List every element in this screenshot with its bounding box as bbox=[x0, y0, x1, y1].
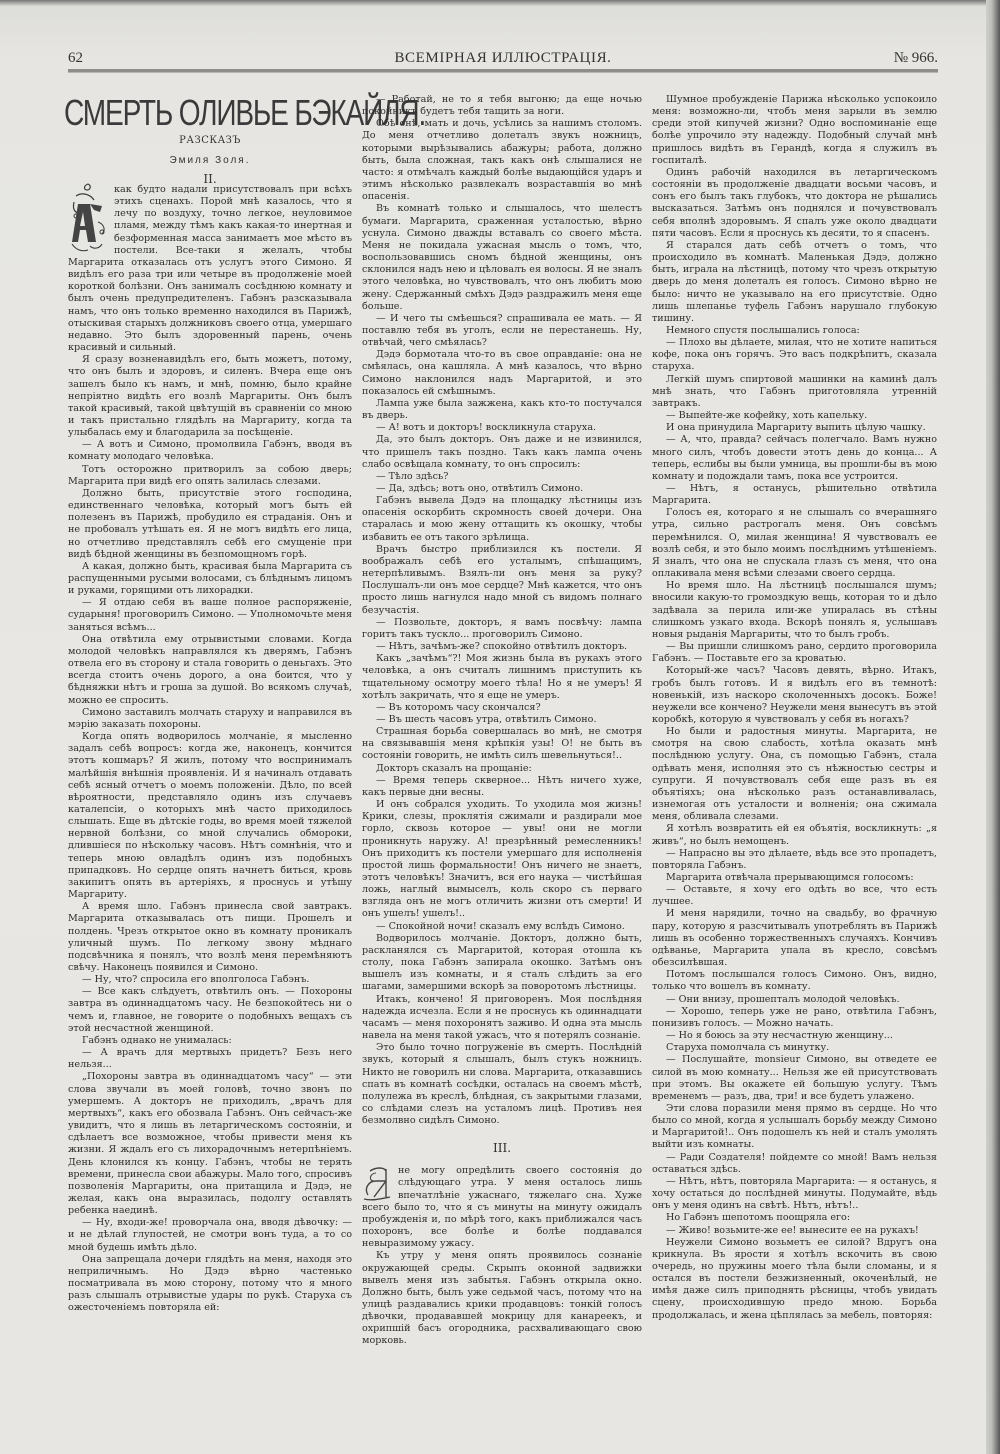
paragraph: Лампа уже была зажжена, какъ кто-то пост… bbox=[362, 398, 642, 422]
paragraph: Врачъ быстро приблизился къ постели. Я в… bbox=[362, 544, 642, 617]
paragraph: Дэдэ бормотала что-то въ свое оправданіе… bbox=[362, 349, 642, 398]
paragraph: А время шло. Габэнъ принесла свой завтра… bbox=[68, 901, 352, 974]
paragraph: — Нѣтъ, я останусь, рѣшительно отвѣтила … bbox=[652, 483, 937, 507]
paragraph: Я хотѣлъ возвратить ей ея объятія, воскл… bbox=[652, 823, 937, 847]
paragraph: Неужели Симоно возьметъ ее силой? Вдругъ… bbox=[652, 1237, 937, 1322]
paragraph: Я старался дать себѣ отчетъ о томъ, что … bbox=[652, 240, 937, 325]
column-2: — Работай, не то я тебя выгоню; да еще н… bbox=[362, 94, 642, 1348]
paragraph: — Тѣло здѣсь? bbox=[362, 471, 642, 483]
part-iii-heading: III. bbox=[362, 1135, 642, 1161]
paragraph: Она отвѣтила ему отрывистыми словами. Ко… bbox=[68, 634, 352, 707]
paragraph: Водворилось молчаніе. Докторъ, должно бы… bbox=[362, 933, 642, 994]
header-rule bbox=[68, 69, 938, 73]
paragraph: Голосъ ея, котораго я не слышалъ со вчер… bbox=[652, 507, 937, 580]
paragraph: Это было точно погруженіе въ смерть. Пос… bbox=[362, 1042, 642, 1127]
article-author: Эмиля Золя. bbox=[68, 155, 352, 166]
paragraph: Немного спустя послышались голоса: bbox=[652, 325, 937, 337]
paragraph: — Нѣтъ, зачѣмъ-же? спокойно отвѣтилъ док… bbox=[362, 641, 642, 653]
paragraph: — Живо! возьмите-же ее! вынесите ее на р… bbox=[652, 1225, 937, 1237]
paragraph: Маргарита отвѣчала прерывающимся голосом… bbox=[652, 872, 937, 884]
paragraph: — Они внизу, прошепталъ молодой человѣкъ… bbox=[652, 994, 937, 1006]
paragraph: — А! вотъ и докторъ! воскликнула старуха… bbox=[362, 422, 642, 434]
paragraph: Который-же часъ? Часовъ девять, вѣрно. И… bbox=[652, 665, 937, 726]
paragraph: „Похороны завтра въ одиннадцатомъ часу“ … bbox=[68, 1071, 352, 1217]
paragraph: Габэнъ вывела Дэдэ на площадку лѣстницы … bbox=[362, 495, 642, 544]
paragraph: — Да, здѣсь; вотъ оно, отвѣтилъ Симоно. bbox=[362, 483, 642, 495]
paragraph: — Хорошо, теперь уже не рано, отвѣтила Г… bbox=[652, 1006, 937, 1030]
paragraph: — Вы пришли слишкомъ рано, сердито прого… bbox=[652, 641, 937, 665]
paragraph: Старуха помолчала съ минутку. bbox=[652, 1042, 937, 1054]
paragraph: Потомъ послышался голосъ Симоно. Онъ, ви… bbox=[652, 969, 937, 993]
masthead: ВСЕМIРНАЯ ИЛЛЮСТРАЦIЯ. bbox=[68, 50, 938, 67]
article-title: СМЕРТЬ ОЛИВЬЕ БЭКАЙЛЯ. bbox=[64, 92, 360, 134]
paragraph: А какая, должно быть, красивая была Марг… bbox=[68, 561, 352, 597]
paragraph: Страшная борьба совершалась во мнѣ, не с… bbox=[362, 726, 642, 762]
paragraph: — Я отдаю себя въ ваше полное распоряжен… bbox=[68, 597, 352, 633]
paragraph: Тотъ осторожно притворилъ за собою дверь… bbox=[68, 464, 352, 488]
paragraph: И она принудила Маргариту выпить цѣлую ч… bbox=[652, 422, 937, 434]
ornamental-dropcap-icon bbox=[68, 182, 108, 256]
paragraph: Шумное пробужденіе Парижа нѣсколько успо… bbox=[652, 94, 937, 167]
paragraph: Она запрещала дочери глядѣть на меня, на… bbox=[68, 1254, 352, 1315]
paragraph: — И чего ты смѣешься? спрашивала ее мать… bbox=[362, 313, 642, 349]
paragraph: как будто надали присутствовалъ при всѣх… bbox=[68, 184, 352, 354]
paragraph: И меня нарядили, точно на свадьбу, во фр… bbox=[652, 908, 937, 969]
paragraph: Когда опять водворилось молчаніе, я мысл… bbox=[68, 731, 352, 901]
paragraph: — Время теперь скверное... Нѣтъ ничего х… bbox=[362, 775, 642, 799]
paragraph: И онъ собрался уходить. То уходила моя ж… bbox=[362, 799, 642, 921]
paragraph: — Плохо вы дѣлаете, милая, что не хотите… bbox=[652, 337, 937, 373]
paragraph: Должно быть, присутствіе этого господина… bbox=[68, 488, 352, 561]
paragraph: Эти слова поразили меня прямо въ сердце.… bbox=[652, 1103, 937, 1152]
paragraph: Легкій шумъ спиртовой машинки на каминѣ … bbox=[652, 374, 937, 410]
paragraph: — А, что, правда? сейчасъ полегчало. Вам… bbox=[652, 434, 937, 483]
paragraph: — А врачъ для мертвыхъ придетъ? Безъ нег… bbox=[68, 1047, 352, 1071]
paragraph: — Спокойной ночи! сказалъ ему вслѣдъ Сим… bbox=[362, 921, 642, 933]
paragraph: — Въ которомъ часу скончался? bbox=[362, 702, 642, 714]
column-1: как будто надали присутствовалъ при всѣх… bbox=[68, 184, 352, 1315]
page-header: 62 ВСЕМIРНАЯ ИЛЛЮСТРАЦIЯ. № 966. bbox=[68, 50, 938, 68]
paragraph: — А вотъ и Симоно, промолвила Габэнъ, вв… bbox=[68, 439, 352, 463]
paragraph: — Позвольте, докторъ, я вамъ посвѣчу: ла… bbox=[362, 617, 642, 641]
ornamental-dropcap-icon bbox=[362, 1165, 394, 1201]
paragraph: Докторъ сказалъ на прощаніе: bbox=[362, 763, 642, 775]
paragraph: — Ради Создателя! пойдемте со мной! Вамъ… bbox=[652, 1152, 937, 1176]
paragraph: — Ну, что? спросила его вполголоса Габэн… bbox=[68, 974, 352, 986]
paragraph: — Оставьте, я хочу его одѣть во все, что… bbox=[652, 884, 937, 908]
paragraph: Но время шло. На лѣстницѣ послышался шум… bbox=[652, 580, 937, 641]
paragraph: Габэнъ однако не унималась: bbox=[68, 1035, 352, 1047]
paragraph: — Напрасно вы это дѣлаете, вѣдь все это … bbox=[652, 848, 937, 872]
paragraph: Обѣ онѣ, мать и дочь, усѣлись за нашимъ … bbox=[362, 118, 642, 203]
paragraph: — Нѣтъ, нѣтъ, повторяла Маргарита: — я о… bbox=[652, 1176, 937, 1212]
paragraph: — Ну, входи-же! проворчала она, вводя дѣ… bbox=[68, 1217, 352, 1253]
paragraph: Симоно заставилъ молчать старуху и напра… bbox=[68, 707, 352, 731]
paragraph: Но были и радостныя минуты. Маргарита, н… bbox=[652, 726, 937, 823]
paragraph: Да, это былъ докторъ. Онъ даже и не изви… bbox=[362, 434, 642, 470]
paragraph: Одинъ рабочій находился въ летаргическом… bbox=[652, 167, 937, 240]
paragraph: Какъ „зачѣмъ“?! Моя жизнь была въ рукахъ… bbox=[362, 653, 642, 702]
paragraph: Къ утру у меня опять проявилось сознаніе… bbox=[362, 1250, 642, 1347]
paragraph: — Работай, не то я тебя выгоню; да еще н… bbox=[362, 94, 642, 118]
paragraph: — Послушайте, monsieur Симоно, вы отведе… bbox=[652, 1054, 937, 1103]
paragraph: Но Габэнъ шепотомъ поощряла его: bbox=[652, 1212, 937, 1224]
paragraph: не могу опредѣлить своего состоянія до с… bbox=[362, 1165, 642, 1250]
article-subtitle: РАЗСКАЗЪ bbox=[68, 135, 352, 146]
paragraph: — Выпейте-же кофейку, хоть капельку. bbox=[652, 410, 937, 422]
column-3: Шумное пробужденіе Парижа нѣсколько успо… bbox=[652, 94, 937, 1322]
paragraph: — Все какъ слѣдуетъ, отвѣтилъ онъ. — Пох… bbox=[68, 986, 352, 1035]
paragraph: Я сразу возненавидѣлъ его, быть можетъ, … bbox=[68, 354, 352, 439]
paragraph: — Въ шесть часовъ утра, отвѣтилъ Симоно. bbox=[362, 714, 642, 726]
scan-right-edge bbox=[986, 0, 1000, 1454]
issue-number: № 966. bbox=[894, 50, 938, 67]
paragraph: Итакъ, кончено! Я приговоренъ. Моя послѣ… bbox=[362, 994, 642, 1043]
paragraph: — Но я боюсь за эту несчастную женщину..… bbox=[652, 1030, 937, 1042]
paragraph: Въ комнатѣ только и слышалось, что шелес… bbox=[362, 203, 642, 312]
scan-top-shadow bbox=[0, 0, 1000, 6]
